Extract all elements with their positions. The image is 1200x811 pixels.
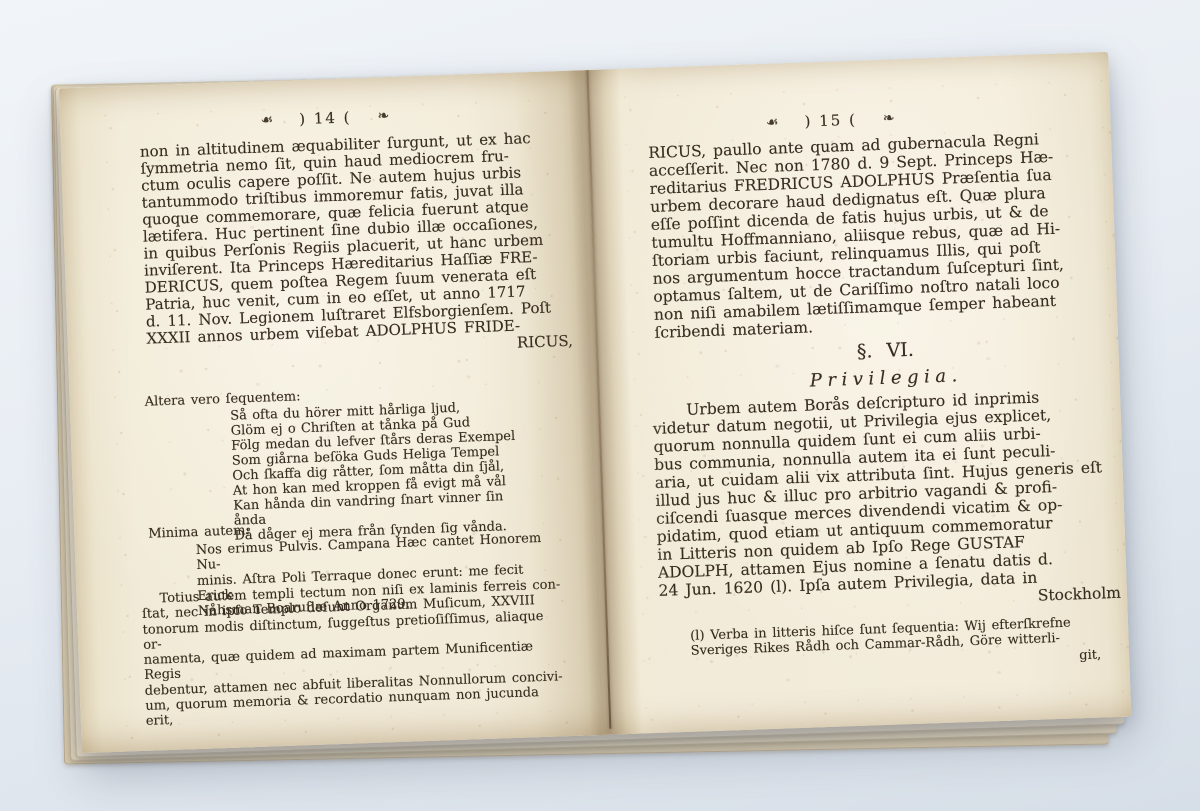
photo: { "photo": { "background_top": "#f1f5f9"… (0, 0, 1200, 811)
page-left: ☙ ) 14 ( ❧ non in altitudinem æquabilite… (59, 70, 602, 753)
paragraph-small-left: Totius autem templi tectum non niſi ex l… (141, 577, 571, 729)
paragraph-main-right: RICUS, paullo ante quam ad gubernacula R… (648, 128, 1120, 342)
book: ☙ ) 14 ( ❧ non in altitudinem æquabilite… (59, 52, 1132, 753)
page-number-left: ) 14 ( (299, 108, 352, 128)
page-right: ☙ ) 15 ( ❧ RICUS, paullo ante quam ad gu… (578, 52, 1131, 735)
fleuron-right-icon: ❧ (377, 108, 389, 124)
fleuron-left-icon: ☙ (766, 114, 779, 130)
page-number-right: ) 15 ( (804, 111, 857, 131)
open-book-spread: ☙ ) 14 ( ❧ non in altitudinem æquabilite… (59, 52, 1132, 753)
fleuron-right-icon: ❧ (883, 110, 895, 126)
page-header-left: ☙ ) 14 ( ❧ (130, 102, 520, 134)
paragraph-main-left: non in altitudinem æquabiliter ſurgunt, … (140, 129, 573, 348)
fleuron-left-icon: ☙ (260, 112, 273, 128)
verse-block: Så ofta du hörer mitt hårliga ljud, Glöm… (230, 398, 535, 543)
page-header-right: ☙ ) 15 ( ❧ (645, 105, 1015, 136)
paragraph-privilegia: Urbem autem Borås deſcripturo id inprimi… (652, 386, 1121, 600)
